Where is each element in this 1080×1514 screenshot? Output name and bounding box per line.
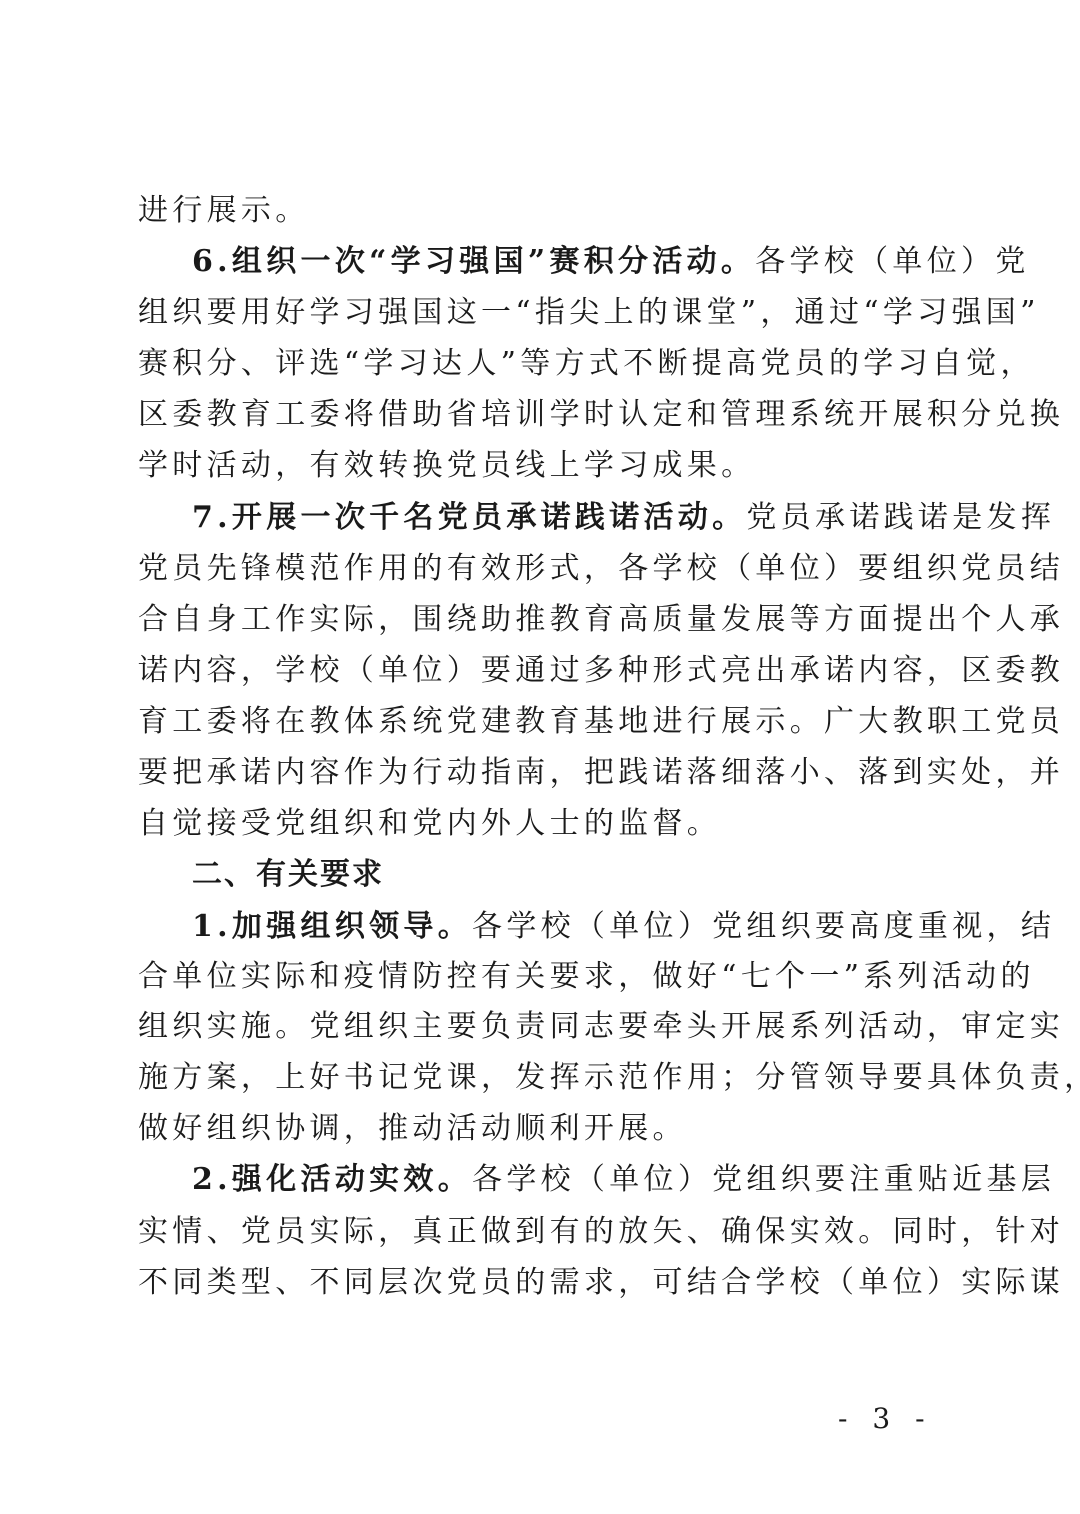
line-text: 实情、党员实际，真正做到有的放矢、确保实效。同时，针对: [138, 1214, 1064, 1249]
line-text: 各学校（单位）党组织要高度重视，结: [472, 909, 1055, 944]
body-line: 党员先锋模范作用的有效形式，各学校（单位）要组织党员结: [138, 543, 928, 594]
body-line: 区委教育工委将借助省培训学时认定和管理系统开展积分兑换: [138, 389, 928, 440]
body-line: 育工委将在教体系统党建教育基地进行展示。广大教职工党员: [138, 696, 928, 747]
line-text: 进行展示。: [138, 193, 310, 228]
body-line: 组织实施。党组织主要负责同志要牵头开展系列活动，审定实: [138, 1001, 928, 1052]
item-7-line: 7.开展一次千名党员承诺践诺活动。党员承诺践诺是发挥: [192, 492, 982, 543]
line-text: 区委教育工委将借助省培训学时认定和管理系统开展积分兑换: [138, 397, 1064, 432]
page-number: - 3 -: [838, 1402, 933, 1435]
line-text: 施方案，上好书记党课，发挥示范作用；分管领导要具体负责，: [138, 1060, 1080, 1095]
req-2-line: 2.强化活动实效。各学校（单位）党组织要注重贴近基层: [192, 1154, 982, 1205]
line-text: 不同类型、不同层次党员的需求，可结合学校（单位）实际谋: [138, 1265, 1064, 1300]
line-text: 各学校（单位）党: [755, 244, 1029, 279]
line-text: 各学校（单位）党组织要注重贴近基层: [472, 1162, 1055, 1197]
line-text: 自觉接受党组织和党内外人士的监督。: [138, 806, 721, 841]
line-text: 做好组织协调，推动活动顺利开展。: [138, 1111, 687, 1146]
body-line: 合自身工作实际，围绕助推教育高质量发展等方面提出个人承: [138, 594, 928, 645]
line-text: 学时活动，有效转换党员线上学习成果。: [138, 448, 755, 483]
body-line: 诺内容，学校（单位）要通过多种形式亮出承诺内容，区委教: [138, 645, 928, 696]
line-text: 党员承诺践诺是发挥: [746, 500, 1055, 535]
line-text: 合自身工作实际，围绕助推教育高质量发展等方面提出个人承: [138, 602, 1064, 637]
item-6-title: 6.组织一次“学习强国”赛积分活动。: [192, 244, 755, 279]
req-1-title: 1.加强组织领导。: [192, 909, 472, 944]
line-text: 党员先锋模范作用的有效形式，各学校（单位）要组织党员结: [138, 551, 1064, 586]
line-text: 合单位实际和疫情防控有关要求，做好“七个一”系列活动的: [138, 959, 1035, 994]
item-6-line: 6.组织一次“学习强国”赛积分活动。各学校（单位）党: [192, 236, 982, 287]
body-line: 自觉接受党组织和党内外人士的监督。: [138, 798, 928, 849]
req-1-line: 1.加强组织领导。各学校（单位）党组织要高度重视，结: [192, 901, 982, 952]
body-line: 赛积分、评选“学习达人”等方式不断提高党员的学习自觉，: [138, 338, 928, 389]
item-7-title: 7.开展一次千名党员承诺践诺活动。: [192, 500, 746, 535]
body-line: 进行展示。: [138, 185, 928, 236]
line-text: 赛积分、评选“学习达人”等方式不断提高党员的学习自觉，: [138, 346, 1035, 381]
line-text: 组织要用好学习强国这一“指尖上的课堂”，通过“学习强国”: [138, 295, 1040, 330]
body-line: 实情、党员实际，真正做到有的放矢、确保实效。同时，针对: [138, 1206, 928, 1257]
body-line: 学时活动，有效转换党员线上学习成果。: [138, 440, 928, 491]
body-line: 合单位实际和疫情防控有关要求，做好“七个一”系列活动的: [138, 951, 928, 1002]
section-heading: 二、有关要求: [192, 849, 982, 900]
line-text: 要把承诺内容作为行动指南，把践诺落细落小、落到实处，并: [138, 755, 1064, 790]
body-line: 做好组织协调，推动活动顺利开展。: [138, 1103, 928, 1154]
line-text: 诺内容，学校（单位）要通过多种形式亮出承诺内容，区委教: [138, 653, 1064, 688]
line-text: 组织实施。党组织主要负责同志要牵头开展系列活动，审定实: [138, 1009, 1064, 1044]
section-heading-text: 二、有关要求: [192, 857, 384, 892]
req-2-title: 2.强化活动实效。: [192, 1162, 472, 1197]
body-line: 不同类型、不同层次党员的需求，可结合学校（单位）实际谋: [138, 1257, 928, 1308]
body-line: 组织要用好学习强国这一“指尖上的课堂”，通过“学习强国”: [138, 287, 928, 338]
document-page: 进行展示。 6.组织一次“学习强国”赛积分活动。各学校（单位）党 组织要用好学习…: [0, 0, 1080, 1514]
body-line: 要把承诺内容作为行动指南，把践诺落细落小、落到实处，并: [138, 747, 928, 798]
line-text: 育工委将在教体系统党建教育基地进行展示。广大教职工党员: [138, 704, 1064, 739]
body-line: 施方案，上好书记党课，发挥示范作用；分管领导要具体负责，: [138, 1052, 928, 1103]
